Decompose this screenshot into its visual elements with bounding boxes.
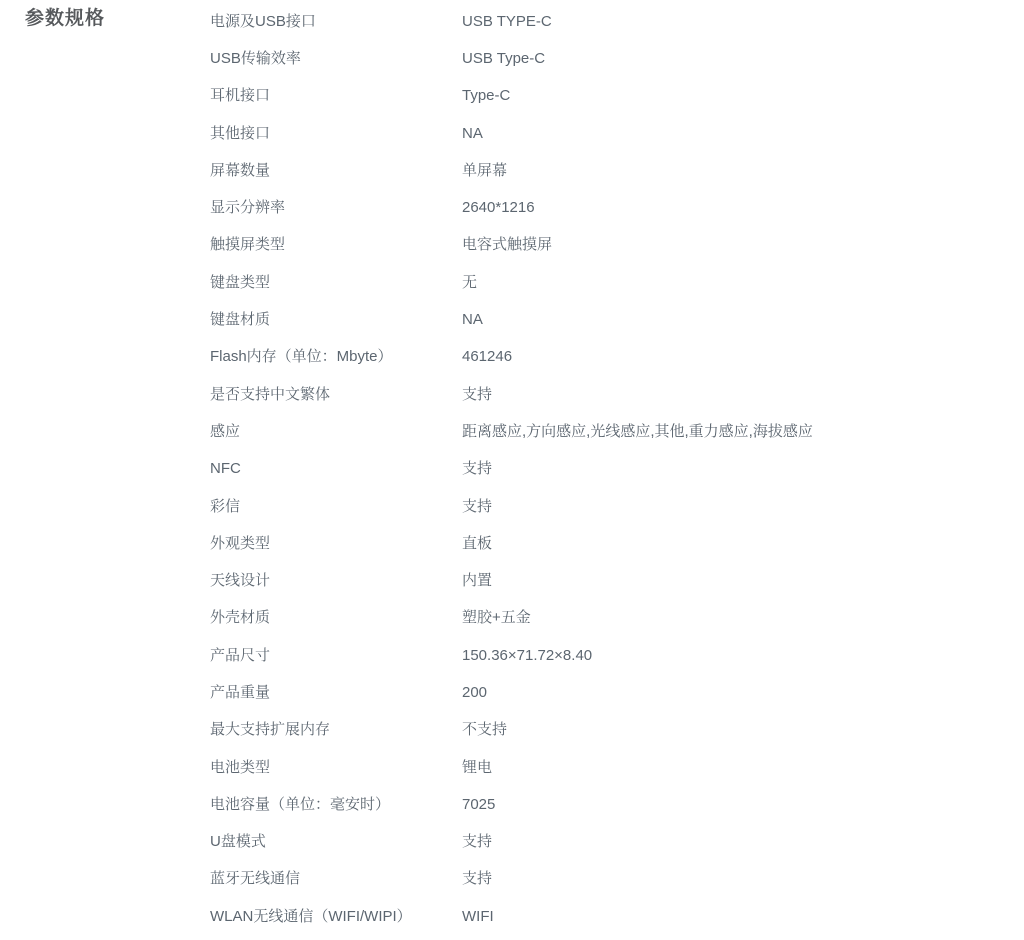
spec-value: 支持 (462, 833, 1024, 851)
spec-row: 触摸屏类型电容式触摸屏 (210, 227, 1024, 264)
spec-value: NA (462, 311, 1024, 329)
spec-value: 支持 (462, 870, 1024, 888)
spec-row: U盘模式支持 (210, 824, 1024, 861)
spec-row: 是否支持中文繁体支持 (210, 376, 1024, 413)
spec-row: 键盘材质NA (210, 301, 1024, 338)
spec-row: 显示分辨率2640*1216 (210, 189, 1024, 226)
spec-value: 无 (462, 274, 1024, 292)
spec-label: 键盘类型 (210, 274, 462, 292)
spec-value: 2640*1216 (462, 199, 1024, 217)
spec-row: 键盘类型无 (210, 264, 1024, 301)
spec-row: 电池类型锂电 (210, 749, 1024, 786)
spec-row: NFC支持 (210, 451, 1024, 488)
spec-label: 其他接口 (210, 125, 462, 143)
spec-label: 蓝牙无线通信 (210, 870, 462, 888)
spec-value: 7025 (462, 796, 1024, 814)
spec-value: WIFI (462, 908, 1024, 926)
spec-row: 电源及USB接口USB TYPE-C (210, 3, 1024, 40)
spec-table: 电源及USB接口USB TYPE-CUSB传输效率USB Type-C耳机接口T… (210, 3, 1024, 935)
spec-row: WLAN无线通信（WIFI/WIPI）WIFI (210, 898, 1024, 935)
spec-label: 最大支持扩展内存 (210, 721, 462, 739)
spec-label: 是否支持中文繁体 (210, 386, 462, 404)
spec-value: 塑胶+五金 (462, 609, 1024, 627)
spec-row: 蓝牙无线通信支持 (210, 861, 1024, 898)
spec-value: 直板 (462, 535, 1024, 553)
spec-label: 彩信 (210, 498, 462, 516)
spec-label: 耳机接口 (210, 87, 462, 105)
spec-row: 电池容量（单位：毫安时）7025 (210, 786, 1024, 823)
spec-label: U盘模式 (210, 833, 462, 851)
spec-row: 天线设计内置 (210, 562, 1024, 599)
spec-label: 外观类型 (210, 535, 462, 553)
spec-value: 距离感应,方向感应,光线感应,其他,重力感应,海拔感应 (462, 423, 1024, 441)
spec-value: 150.36×71.72×8.40 (462, 647, 1024, 665)
spec-label: 外壳材质 (210, 609, 462, 627)
spec-row: 其他接口NA (210, 115, 1024, 152)
spec-label: 显示分辨率 (210, 199, 462, 217)
spec-value: NA (462, 125, 1024, 143)
spec-value: 电容式触摸屏 (462, 236, 1024, 254)
spec-row: 产品尺寸150.36×71.72×8.40 (210, 637, 1024, 674)
spec-row: 外壳材质塑胶+五金 (210, 600, 1024, 637)
spec-label: 屏幕数量 (210, 162, 462, 180)
spec-value: 461246 (462, 348, 1024, 366)
spec-value: 200 (462, 684, 1024, 702)
spec-value: 支持 (462, 460, 1024, 478)
spec-label: 触摸屏类型 (210, 236, 462, 254)
spec-row: Flash内存（单位：Mbyte）461246 (210, 339, 1024, 376)
spec-value: Type-C (462, 87, 1024, 105)
spec-label: 天线设计 (210, 572, 462, 590)
spec-row: 彩信支持 (210, 488, 1024, 525)
spec-row: 最大支持扩展内存不支持 (210, 712, 1024, 749)
spec-value: 单屏幕 (462, 162, 1024, 180)
spec-label: 电源及USB接口 (210, 13, 462, 31)
spec-row: 屏幕数量单屏幕 (210, 152, 1024, 189)
spec-value: 支持 (462, 498, 1024, 516)
spec-label: WLAN无线通信（WIFI/WIPI） (210, 908, 462, 926)
spec-label: Flash内存（单位：Mbyte） (210, 348, 462, 366)
spec-row: 感应距离感应,方向感应,光线感应,其他,重力感应,海拔感应 (210, 413, 1024, 450)
spec-row: USB传输效率USB Type-C (210, 40, 1024, 77)
spec-label: 电池类型 (210, 759, 462, 777)
spec-label: 键盘材质 (210, 311, 462, 329)
spec-label: 产品尺寸 (210, 647, 462, 665)
spec-label: NFC (210, 460, 462, 478)
spec-label: 产品重量 (210, 684, 462, 702)
spec-value: USB Type-C (462, 50, 1024, 68)
spec-value: 内置 (462, 572, 1024, 590)
spec-row: 耳机接口Type-C (210, 78, 1024, 115)
spec-value: 不支持 (462, 721, 1024, 739)
spec-label: 感应 (210, 423, 462, 441)
spec-row: 产品重量200 (210, 674, 1024, 711)
spec-value: USB TYPE-C (462, 13, 1024, 31)
spec-label: 电池容量（单位：毫安时） (210, 796, 462, 814)
section-title: 参数规格 (25, 8, 210, 31)
spec-label: USB传输效率 (210, 50, 462, 68)
spec-value: 锂电 (462, 759, 1024, 777)
spec-value: 支持 (462, 386, 1024, 404)
section-title-column: 参数规格 (0, 3, 210, 31)
spec-section: 参数规格 电源及USB接口USB TYPE-CUSB传输效率USB Type-C… (0, 0, 1024, 935)
spec-row: 外观类型直板 (210, 525, 1024, 562)
